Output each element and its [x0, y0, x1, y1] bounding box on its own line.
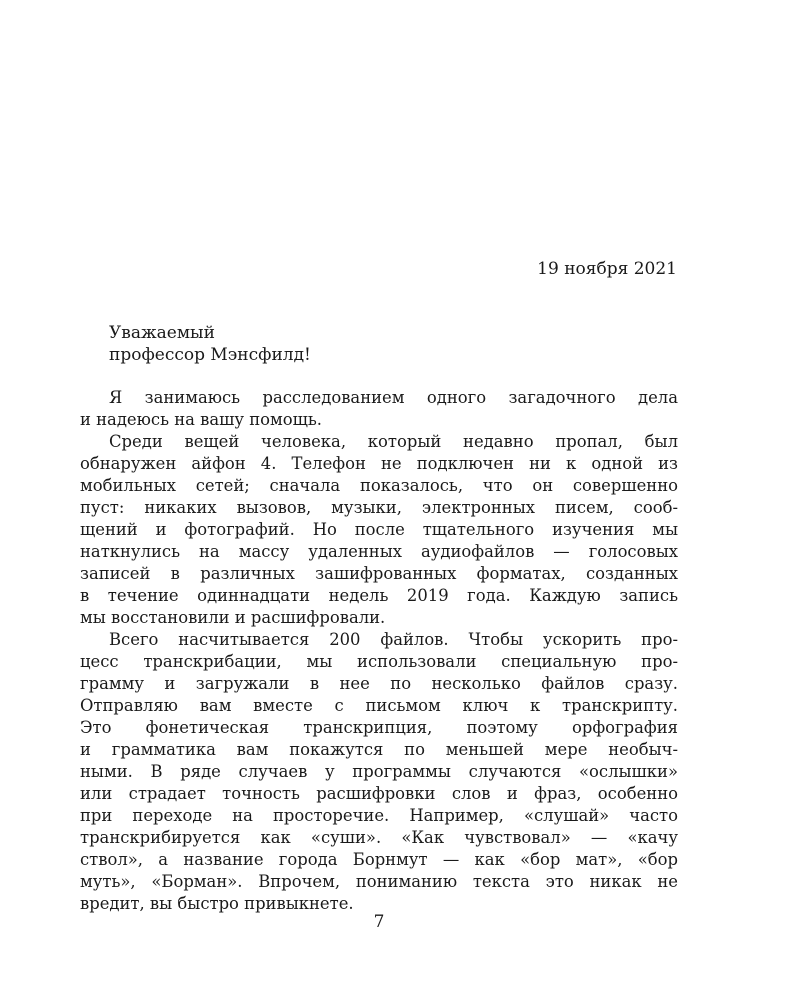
text-line: грамму и загружали в нее по несколько фа… [80, 673, 678, 695]
text-line: Отправляю вам вместе с письмом ключ к тр… [80, 695, 678, 717]
text-line: ствол», а название города Борнмут — как … [80, 849, 678, 871]
text-line: ными. В ряде случаев у программы случают… [80, 761, 678, 783]
page-number: 7 [0, 911, 758, 933]
letter-greeting: Уважаемый профессор Мэнсфилд! [109, 322, 311, 366]
text-line: муть», «Борман». Впрочем, пониманию текс… [80, 871, 678, 893]
greeting-line-2: профессор Мэнсфилд! [109, 344, 311, 366]
text-line: в течение одиннадцати недель 2019 года. … [80, 585, 678, 607]
text-line: обнаружен айфон 4. Телефон не подключен … [80, 453, 678, 475]
text-line: мы восстановили и расшифровали. [80, 607, 678, 629]
text-line: Среди вещей человека, который недавно пр… [80, 431, 678, 453]
text-line: наткнулись на массу удаленных аудиофайло… [80, 541, 678, 563]
text-line: Это фонетическая транскрипция, поэтому о… [80, 717, 678, 739]
text-line: при переходе на просторечие. Например, «… [80, 805, 678, 827]
text-line: и надеюсь на вашу помощь. [80, 409, 678, 431]
text-line: щений и фотографий. Но после тщательного… [80, 519, 678, 541]
text-line: мобильных сетей; сначала показалось, что… [80, 475, 678, 497]
text-line: Я занимаюсь расследованием одного загадо… [80, 387, 678, 409]
text-line: или страдает точность расшифровки слов и… [80, 783, 678, 805]
text-line: цесс транскрибации, мы использовали спец… [80, 651, 678, 673]
text-line: транскрибируется как «суши». «Как чувств… [80, 827, 678, 849]
greeting-line-1: Уважаемый [109, 322, 311, 344]
text-line: записей в различных зашифрованных формат… [80, 563, 678, 585]
text-line: и грамматика вам покажутся по меньшей ме… [80, 739, 678, 761]
book-page: 19 ноября 2021 Уважаемый профессор Мэнсф… [0, 0, 800, 1000]
letter-body: Я занимаюсь расследованием одного загадо… [80, 387, 678, 915]
text-line: Всего насчитывается 200 файлов. Чтобы ус… [80, 629, 678, 651]
letter-date: 19 ноября 2021 [537, 258, 677, 280]
text-line: пуст: никаких вызовов, музыки, электронн… [80, 497, 678, 519]
